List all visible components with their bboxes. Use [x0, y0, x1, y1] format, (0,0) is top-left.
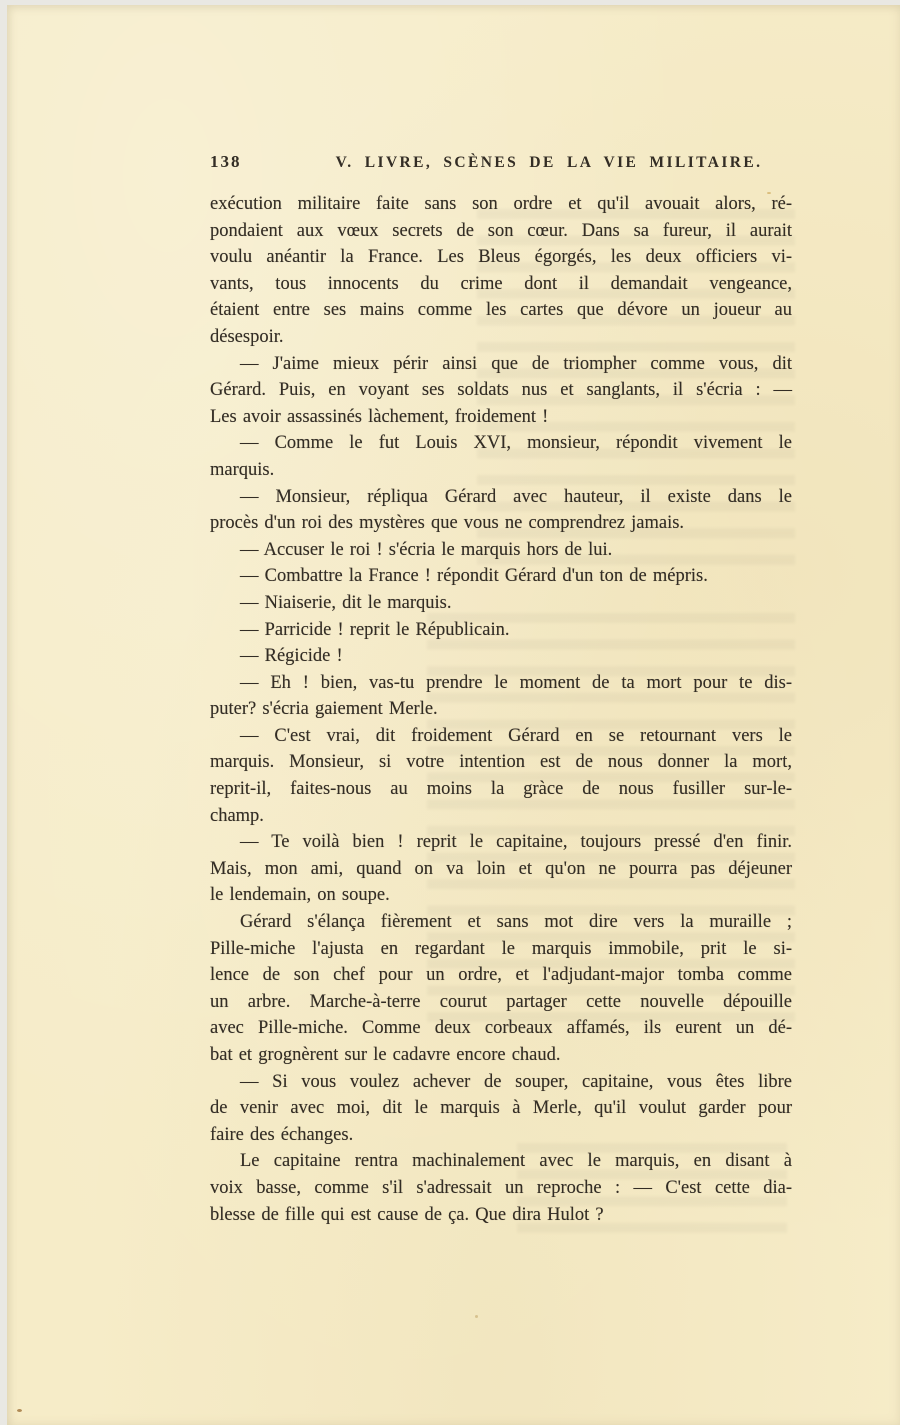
text-line: reprit-il, faites-nous au moins la gràce…	[210, 776, 792, 803]
text-line: — Parricide ! reprit le Républicain.	[210, 617, 792, 644]
text-line: — Si vous voulez achever de souper, capi…	[210, 1069, 792, 1096]
paragraph: Gérard s'élança fièrement et sans mot di…	[210, 909, 792, 1069]
paragraph: — Si vous voulez achever de souper, capi…	[210, 1069, 792, 1149]
text-line: de venir avec moi, dit le marquis à Merl…	[210, 1095, 792, 1122]
text-line: Pille-miche l'ajusta en regardant le mar…	[210, 936, 792, 963]
text-line: procès d'un roi des mystères que vous ne…	[210, 510, 792, 537]
page-paper: 138 V. LIVRE, SCÈNES DE LA VIE MILITAIRE…	[7, 5, 900, 1425]
text-line: — C'est vrai, dit froidement Gérard en s…	[210, 723, 792, 750]
text-line: vants, tous innocents du crime dont il d…	[210, 271, 792, 298]
text-line: champ.	[210, 803, 792, 830]
text-line: Le capitaine rentra machinalement avec l…	[210, 1148, 792, 1175]
page-number: 138	[210, 152, 292, 172]
text-line: marquis. Monsieur, si votre intention es…	[210, 749, 792, 776]
text-line: Gérard. Puis, en voyant ses soldats nus …	[210, 377, 792, 404]
running-header: V. LIVRE, SCÈNES DE LA VIE MILITAIRE.	[292, 154, 792, 172]
text-line: exécution militaire faite sans son ordre…	[210, 191, 792, 218]
text-block: exécution militaire faite sans son ordre…	[210, 191, 792, 1228]
text-line: désespoir.	[210, 324, 792, 351]
text-line: puter? s'écria gaiement Merle.	[210, 696, 792, 723]
text-line: Les avoir assassinés làchement, froideme…	[210, 404, 792, 431]
text-line: — Comme le fut Louis XVI, monsieur, répo…	[210, 430, 792, 457]
text-line: — Te voilà bien ! reprit le capitaine, t…	[210, 829, 792, 856]
paragraph: Le capitaine rentra machinalement avec l…	[210, 1148, 792, 1228]
text-line: marquis.	[210, 457, 792, 484]
scanned-book-page: 138 V. LIVRE, SCÈNES DE LA VIE MILITAIRE…	[0, 0, 900, 1425]
text-line: voulu anéantir la France. Les Bleus égor…	[210, 244, 792, 271]
text-line: le lendemain, on soupe.	[210, 882, 792, 909]
text-line: — Régicide !	[210, 643, 792, 670]
paragraph: — J'aime mieux périr ainsi que de triomp…	[210, 351, 792, 431]
page-header: 138 V. LIVRE, SCÈNES DE LA VIE MILITAIRE…	[210, 152, 792, 172]
text-line: pondaient aux vœux secrets de son cœur. …	[210, 218, 792, 245]
text-line: lence de son chef pour un ordre, et l'ad…	[210, 962, 792, 989]
text-line: — Niaiserie, dit le marquis.	[210, 590, 792, 617]
paper-speck	[17, 1409, 22, 1412]
text-line: bat et grognèrent sur le cadavre encore …	[210, 1042, 792, 1069]
paragraph: — Régicide !	[210, 643, 792, 670]
text-line: — Monsieur, répliqua Gérard avec hauteur…	[210, 484, 792, 511]
paper-speck	[475, 1315, 478, 1318]
text-line: — Eh ! bien, vas-tu prendre le moment de…	[210, 670, 792, 697]
text-line: — J'aime mieux périr ainsi que de triomp…	[210, 351, 792, 378]
text-line: un arbre. Marche-à-terre courut partager…	[210, 989, 792, 1016]
paragraph: — Niaiserie, dit le marquis.	[210, 590, 792, 617]
paragraph: — Parricide ! reprit le Républicain.	[210, 617, 792, 644]
paragraph: — Comme le fut Louis XVI, monsieur, répo…	[210, 430, 792, 483]
paragraph: — Accuser le roi ! s'écria le marquis ho…	[210, 537, 792, 564]
text-line: — Combattre la France ! répondit Gérard …	[210, 563, 792, 590]
text-line: voix basse, comme s'il s'adressait un re…	[210, 1175, 792, 1202]
paragraph: exécution militaire faite sans son ordre…	[210, 191, 792, 351]
text-line: Gérard s'élança fièrement et sans mot di…	[210, 909, 792, 936]
text-line: — Accuser le roi ! s'écria le marquis ho…	[210, 537, 792, 564]
text-line: avec Pille-miche. Comme deux corbeaux af…	[210, 1015, 792, 1042]
text-line: blesse de fille qui est cause de ça. Que…	[210, 1202, 792, 1229]
paragraph: — Te voilà bien ! reprit le capitaine, t…	[210, 829, 792, 909]
paragraph: — Combattre la France ! répondit Gérard …	[210, 563, 792, 590]
paragraph: — Monsieur, répliqua Gérard avec hauteur…	[210, 484, 792, 537]
paragraph: — C'est vrai, dit froidement Gérard en s…	[210, 723, 792, 829]
paragraph: — Eh ! bien, vas-tu prendre le moment de…	[210, 670, 792, 723]
text-line: Mais, mon ami, quand on va loin et qu'on…	[210, 856, 792, 883]
text-line: étaient entre ses mains comme les cartes…	[210, 297, 792, 324]
text-line: faire des échanges.	[210, 1122, 792, 1149]
